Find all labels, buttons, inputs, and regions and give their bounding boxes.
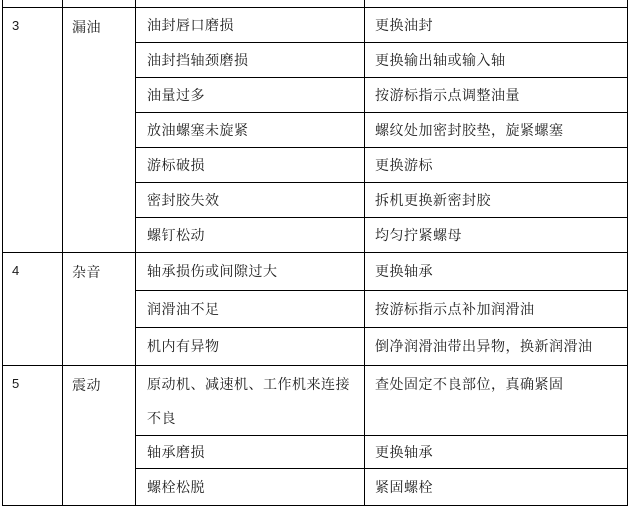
remedy-cell: 拆机更换新密封胶 bbox=[365, 182, 628, 217]
remedy-cell: 按游标指示点调整油量 bbox=[365, 77, 628, 112]
remedy-cell: 按游标指示点补加润滑油 bbox=[365, 290, 628, 327]
table-row-partial bbox=[3, 0, 628, 7]
cause-cell-partial bbox=[136, 0, 365, 7]
table-row: 4 杂音 轴承损伤或间隙过大 更换轴承 bbox=[3, 252, 628, 290]
fault-type-cell: 震动 bbox=[63, 365, 136, 505]
cause-cell: 油封挡轴颈磨损 bbox=[136, 42, 365, 77]
row-number-cell: 3 bbox=[3, 7, 63, 252]
fault-troubleshooting-table: 3 漏油 油封唇口磨损 更换油封 油封挡轴颈磨损 更换输出轴或输入轴 油量过多 … bbox=[2, 0, 628, 506]
table-row: 3 漏油 油封唇口磨损 更换油封 bbox=[3, 7, 628, 42]
remedy-cell: 更换轴承 bbox=[365, 435, 628, 468]
cause-cell: 密封胶失效 bbox=[136, 182, 365, 217]
cause-cell: 轴承损伤或间隙过大 bbox=[136, 252, 365, 290]
remedy-cell: 均匀拧紧螺母 bbox=[365, 217, 628, 252]
remedy-cell-partial bbox=[365, 0, 628, 7]
remedy-cell: 更换游标 bbox=[365, 147, 628, 182]
cause-cell: 游标破损 bbox=[136, 147, 365, 182]
remedy-cell: 更换轴承 bbox=[365, 252, 628, 290]
row-number-cell: 4 bbox=[3, 252, 63, 365]
fault-type-cell: 漏油 bbox=[63, 7, 136, 252]
cause-cell: 机内有异物 bbox=[136, 327, 365, 365]
table-row: 5 震动 原动机、减速机、工作机来连接不良 查处固定不良部位，真确紧固 bbox=[3, 365, 628, 435]
cause-cell: 螺栓松脱 bbox=[136, 468, 365, 505]
remedy-cell: 紧固螺栓 bbox=[365, 468, 628, 505]
remedy-cell: 更换油封 bbox=[365, 7, 628, 42]
remedy-cell: 倒净润滑油带出异物，换新润滑油 bbox=[365, 327, 628, 365]
cause-cell: 油量过多 bbox=[136, 77, 365, 112]
remedy-cell: 螺纹处加密封胶垫，旋紧螺塞 bbox=[365, 112, 628, 147]
cause-cell: 油封唇口磨损 bbox=[136, 7, 365, 42]
cause-cell: 原动机、减速机、工作机来连接不良 bbox=[136, 365, 365, 435]
row-number-cell: 5 bbox=[3, 365, 63, 505]
cause-cell: 润滑油不足 bbox=[136, 290, 365, 327]
cause-cell: 放油螺塞未旋紧 bbox=[136, 112, 365, 147]
remedy-cell: 更换输出轴或输入轴 bbox=[365, 42, 628, 77]
seq-cell-partial bbox=[3, 0, 63, 7]
cause-cell: 螺钉松动 bbox=[136, 217, 365, 252]
type-cell-partial bbox=[63, 0, 136, 7]
fault-type-cell: 杂音 bbox=[63, 252, 136, 365]
remedy-cell: 查处固定不良部位，真确紧固 bbox=[365, 365, 628, 435]
document-page: { "colors":{ "border":"#000000", "text":… bbox=[0, 0, 630, 507]
cause-cell: 轴承磨损 bbox=[136, 435, 365, 468]
